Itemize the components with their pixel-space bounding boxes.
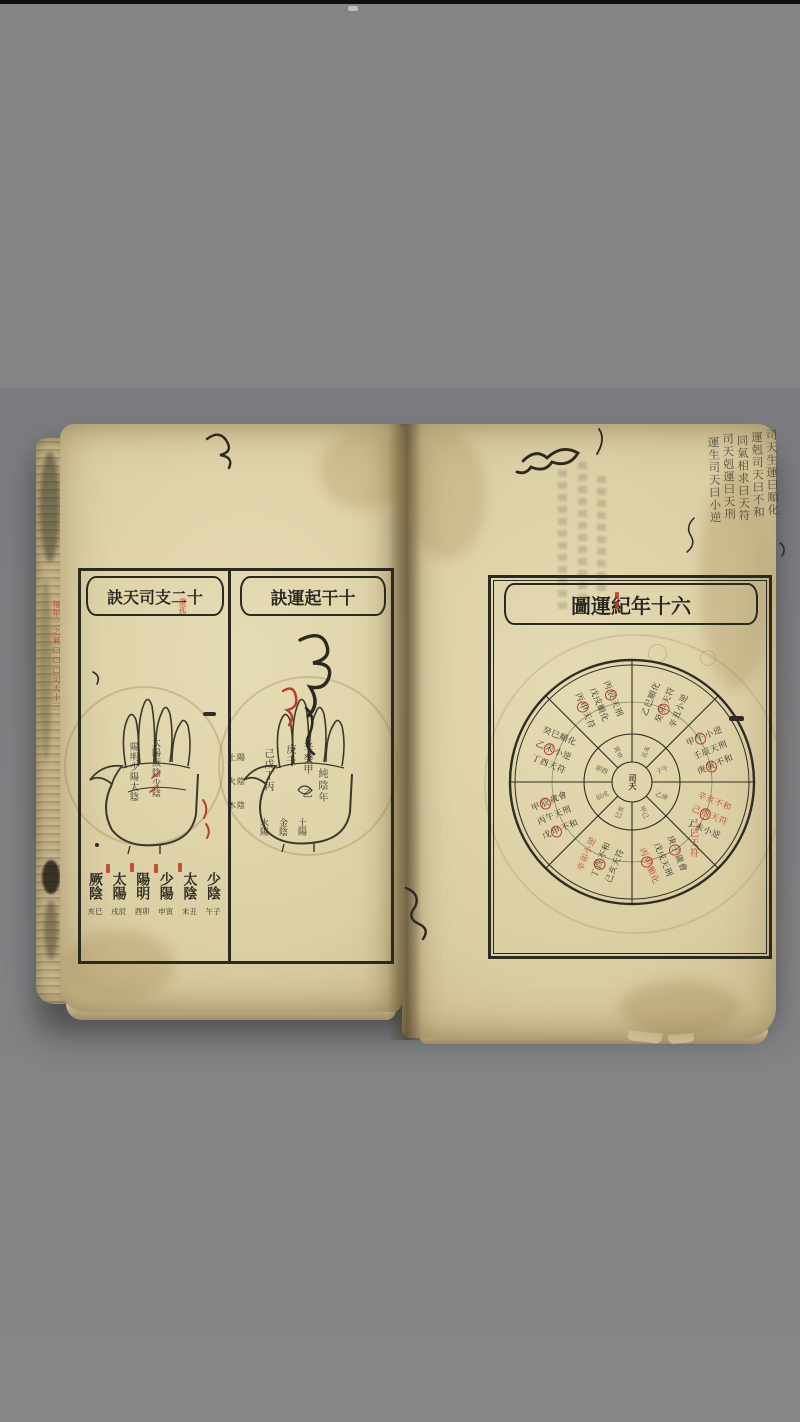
qi-branches: 午子 [205, 906, 220, 917]
sixty-year-wheel: 司天 甲午小逆壬辰天刑庚寅不和子午乙巳順化癸卯天符辛丑小逆丑未丙申天符戊戌順化丙… [502, 652, 762, 912]
side-label-2: 木陰 [228, 800, 246, 811]
ink-dot [95, 843, 99, 847]
title-sixty-years: 圖運紀年十六 [504, 583, 758, 625]
finger-stems-3: 辛癸甲 [301, 742, 311, 775]
annotation-column-3: 司天剋運曰天刑 [721, 433, 736, 558]
six-qi-column-1: 太陽戌辰 [108, 872, 130, 917]
header-twelve-branches: 訣天司支二十 [86, 576, 224, 616]
qi-label: 少陰 [206, 872, 220, 900]
six-qi-column-0: 厥陰亥巳 [84, 872, 106, 917]
palm-label-1: 金陰 [277, 818, 286, 836]
top-black-strip [0, 0, 800, 4]
annotation-column-1: 運剋司天曰不和 [750, 431, 765, 557]
paper-stain [620, 980, 740, 1036]
qi-label: 太陰 [182, 872, 196, 900]
six-qi-column-3: 少陽申寅 [155, 872, 177, 917]
red-margin-note: 毎年三之氣□□□司天十三 [52, 600, 60, 711]
thumb-stem: 乙 [300, 788, 310, 799]
palm-labels: 水陽金陰土陽 [258, 818, 305, 836]
qi-branches: 戌辰 [111, 906, 126, 917]
spine-ink-blot [42, 860, 60, 894]
side-note: 純陰年 [316, 768, 326, 804]
annotation-column-4: 運生司天曰小逆 [707, 436, 722, 558]
finger-stems-1: 己戊丁丙 [262, 748, 272, 792]
side-label-1: 火陰 [228, 776, 246, 787]
qi-branches: 申寅 [158, 906, 173, 917]
spine-smudge [44, 900, 58, 960]
qi-branches: 酉卯 [135, 906, 150, 917]
header-ten-stems-text: 訣運起干十 [271, 584, 356, 609]
hand-side-labels: 土陽火陰木陰 [228, 752, 246, 811]
qi-label: 陽明 [135, 872, 149, 900]
ink-dash [203, 712, 216, 716]
six-qi-column-2: 陽明酉卯 [131, 872, 153, 917]
paper-stain [320, 430, 410, 510]
header-ten-stems: 訣運起干十 [240, 576, 386, 616]
ink-dash [729, 716, 744, 721]
finger-stems-2: 庚壬 [284, 744, 294, 766]
finger-labels-b: 太陽厥陰少陰 [150, 738, 159, 798]
spine-smudge [40, 580, 52, 760]
qi-label: 少陽 [159, 872, 173, 900]
handwritten-annotations: 司天生運曰順化運剋司天曰不和同氣相求曰天符司天剋運曰天刑運生司天曰小逆 [664, 429, 779, 560]
palm-label-0: 水陽 [258, 818, 267, 836]
header-twelve-branches-text: 訣天司支二十 [107, 585, 203, 608]
six-qi-table: 厥陰亥巳太陽戌辰陽明酉卯少陽申寅太陰未丑少陰午子 [84, 872, 224, 917]
qi-branches: 未丑 [182, 906, 197, 917]
wheel-center-label: 司天 [628, 774, 636, 790]
top-light-speck [348, 6, 358, 11]
qi-branches: 亥巳 [88, 906, 103, 917]
annotation-column-0: 司天生運曰順化 [765, 429, 780, 557]
title-sixty-years-text: 圖運紀年十六 [571, 590, 691, 619]
six-qi-column-5: 少陰午子 [202, 872, 224, 917]
finger-labels-a: 陽明少陽太陰 [128, 742, 137, 802]
red-side-note: 己巳天符 [688, 818, 697, 858]
red-reading-mark: 重孤 [178, 598, 186, 614]
six-qi-column-4: 太陰未丑 [178, 872, 200, 917]
spine-smudge [40, 452, 60, 562]
side-label-0: 土陽 [228, 752, 246, 763]
palm-label-2: 土陽 [296, 818, 305, 836]
annotation-column-2: 同氣相求曰天符 [736, 434, 751, 557]
qi-label: 太陽 [112, 872, 126, 900]
paper-stain [406, 430, 486, 560]
qi-label: 厥陰 [88, 872, 102, 900]
photo-of-open-book: 訣天司支二十 訣運起干十 重孤 毎年三之氣□□□司天十三 陽明少陽太陰 太陽厥陰… [0, 0, 800, 1422]
